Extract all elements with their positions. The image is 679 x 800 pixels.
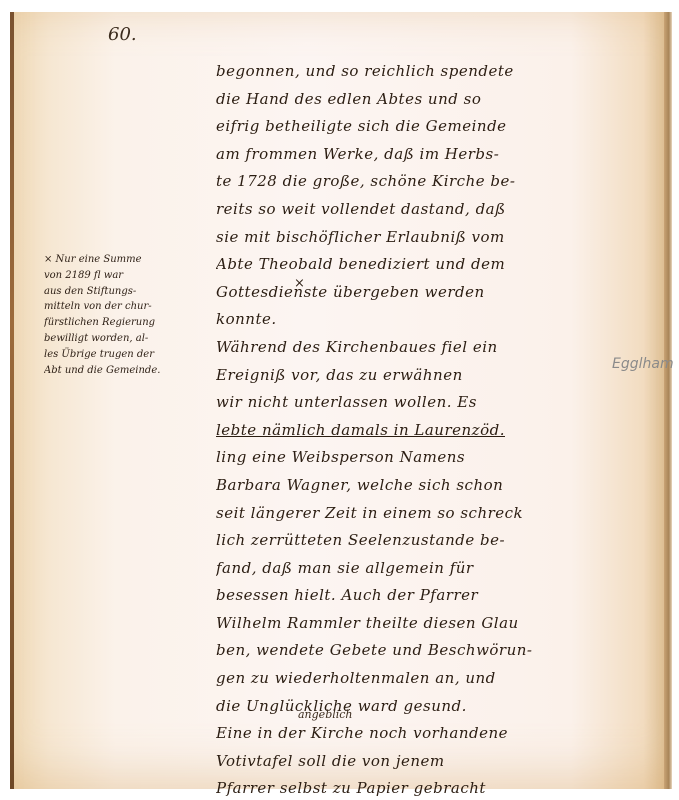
text-line: die Hand des edlen Abtes und so bbox=[216, 86, 616, 114]
text-line: lich zerrütteten Seelenzustande be- bbox=[216, 527, 616, 555]
interlinear-insertion: angeblich bbox=[298, 708, 353, 721]
text-line: Gottesdienste übergeben werden bbox=[216, 279, 616, 307]
text-line: Barbara Wagner, welche sich schon bbox=[216, 472, 616, 500]
text-line: Ereigniß vor, das zu erwähnen bbox=[216, 362, 616, 390]
text-line: te 1728 die große, schöne Kirche be- bbox=[216, 168, 616, 196]
text-line: konnte. bbox=[216, 306, 616, 334]
text-line: Abte Theobald benediziert und dem bbox=[216, 251, 616, 279]
main-text-block: begonnen, und so reichlich spendete die … bbox=[216, 58, 616, 800]
pencil-annotation: Egglham bbox=[612, 356, 674, 372]
margin-note-line: aus den Stiftungs- bbox=[44, 284, 216, 300]
text-line: reits so weit vollendet dastand, daß bbox=[216, 196, 616, 224]
margin-footnote: × Nur eine Summe von 2189 fl war aus den… bbox=[44, 252, 216, 378]
insertion-mark: × bbox=[294, 276, 305, 291]
margin-note-line: bewilligt worden, al- bbox=[44, 331, 216, 347]
page-left-edge bbox=[10, 12, 14, 789]
text-line: Eine in der Kirche noch vorhandene bbox=[216, 720, 616, 748]
margin-note-line: Abt und die Gemeinde. bbox=[44, 363, 216, 379]
text-line: Votivtafel soll die von jenem bbox=[216, 748, 616, 776]
text-line: fand, daß man sie allgemein für bbox=[216, 555, 616, 583]
margin-note-line: von 2189 fl war bbox=[44, 268, 216, 284]
page-number: 60. bbox=[108, 24, 137, 45]
text-line: seit längerer Zeit in einem so schreck bbox=[216, 500, 616, 528]
text-line: wir nicht unterlassen wollen. Es bbox=[216, 389, 616, 417]
text-line: Wilhelm Rammler theilte diesen Glau bbox=[216, 610, 616, 638]
margin-note-line: fürstlichen Regierung bbox=[44, 315, 216, 331]
text-line: gen zu wiederholtenmalen an, und bbox=[216, 665, 616, 693]
text-line: am frommen Werke, daß im Herbs- bbox=[216, 141, 616, 169]
text-line: Pfarrer selbst zu Papier gebracht bbox=[216, 775, 616, 800]
text-line: eifrig betheiligte sich die Gemeinde bbox=[216, 113, 616, 141]
margin-note-line: mitteln von der chur- bbox=[44, 299, 216, 315]
text-line: die Unglückliche ward gesund. bbox=[216, 693, 616, 721]
margin-note-line: les Übrige trugen der bbox=[44, 347, 216, 363]
text-line: Während des Kirchenbaues fiel ein bbox=[216, 334, 616, 362]
text-line: ling eine Weibsperson Namens bbox=[216, 444, 616, 472]
text-line: begonnen, und so reichlich spendete bbox=[216, 58, 616, 86]
margin-note-line: × Nur eine Summe bbox=[44, 252, 216, 268]
text-line: lebte nämlich damals in Laurenzöd. bbox=[216, 417, 616, 445]
text-line: sie mit bischöflicher Erlaubniß vom bbox=[216, 224, 616, 252]
book-gutter bbox=[664, 12, 672, 789]
text-line: besessen hielt. Auch der Pfarrer bbox=[216, 582, 616, 610]
text-line: ben, wendete Gebete und Beschwörun- bbox=[216, 637, 616, 665]
